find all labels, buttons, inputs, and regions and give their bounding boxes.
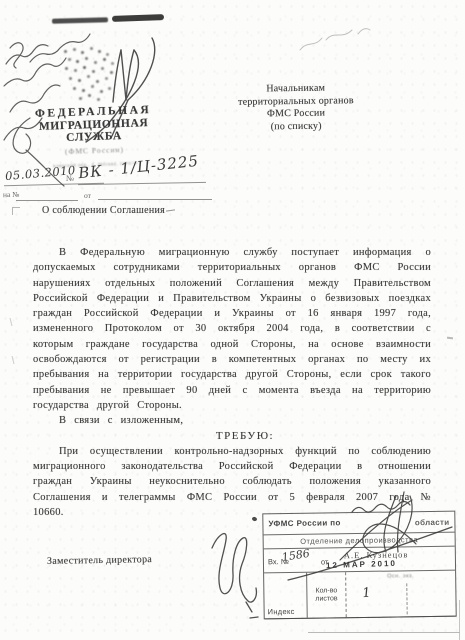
- stamp-incoming-number-handwritten: 1586: [281, 547, 311, 564]
- scan-edge-artifact: [459, 600, 460, 640]
- scan-speck: [447, 337, 453, 340]
- stamp-index-label: Индекс: [268, 607, 295, 616]
- scanned-letter-page: ФЕДЕРАЛЬНАЯ МИГРАЦИОННАЯ СЛУЖБА (ФМС Рос…: [0, 0, 465, 640]
- stamp-sheets-cell: Кол-во листов: [307, 572, 347, 618]
- reply-ot-label: от: [84, 191, 91, 200]
- demand-heading: ТРЕБУЮ:: [33, 429, 431, 444]
- stamp-osn-label: Осн. экз.: [346, 573, 455, 581]
- scan-line-artifact: [308, 632, 460, 633]
- letter-body: В Федеральную миграционную службу поступ…: [33, 245, 431, 520]
- corner-crop-mark: [12, 207, 20, 215]
- body-paragraph-2: В связи с изложенным,: [33, 413, 431, 428]
- addressee-line4: (по списку): [228, 120, 364, 134]
- addressee-block: Начальникам территориальных органов ФМС …: [228, 82, 365, 134]
- stamp-bottom-row: Индекс Кол-во листов Осн. экз. 1: [264, 571, 456, 620]
- stamp-org-row: УФМС России по области: [263, 512, 454, 536]
- stamp-sheets-value-handwritten: 1: [362, 586, 372, 602]
- stamp-dept-label: Отделение делопроизводства: [264, 535, 455, 547]
- reply-number-line: [16, 200, 78, 201]
- pencil-scrawl: [300, 29, 370, 50]
- org-abbreviation: (ФМС России): [16, 143, 172, 157]
- stamp-org-suffix: области: [415, 518, 450, 527]
- scan-artifact-smear: [52, 17, 108, 23]
- registration-stamp: УФМС России по области Отделение делопро…: [262, 511, 456, 620]
- ink-dot-artifact: [251, 516, 257, 521]
- signoff-title: Заместитель директора: [47, 554, 152, 567]
- body-paragraph-1: В Федеральную миграционную службу поступ…: [33, 245, 431, 413]
- reply-reference-prefix: на №: [3, 190, 19, 199]
- scan-artifact-smear: [112, 14, 164, 22]
- stamp-osn-cell: Осн. экз. 1: [346, 571, 456, 618]
- stamp-incoming-row: Вх. № 1586 от А.Е. Кузнецов 12 МАР 2010: [264, 547, 455, 574]
- stamp-sheets-label: Кол-во листов: [307, 587, 345, 604]
- director-signature: [212, 534, 258, 618]
- stamp-index-cell: Индекс: [264, 573, 308, 619]
- pen-dash-mark: [166, 209, 175, 211]
- coat-of-arms-emblem: [58, 42, 124, 106]
- subject-line: О соблюдении Соглашения: [42, 205, 165, 216]
- reply-date-line: [98, 199, 212, 200]
- stamp-date-received: 12 МАР 2010: [326, 559, 397, 570]
- addressee-line2: территориальных органов: [228, 95, 364, 109]
- stamp-cell-divider: [406, 583, 407, 614]
- body-paragraph-3: При осуществлении контрольно-надзорных ф…: [33, 444, 431, 520]
- stamp-org-prefix: УФМС России по: [268, 518, 340, 528]
- margin-tick-marks: [10, 318, 14, 364]
- org-name-line2: МИГРАЦИОННАЯ СЛУЖБА: [15, 116, 172, 145]
